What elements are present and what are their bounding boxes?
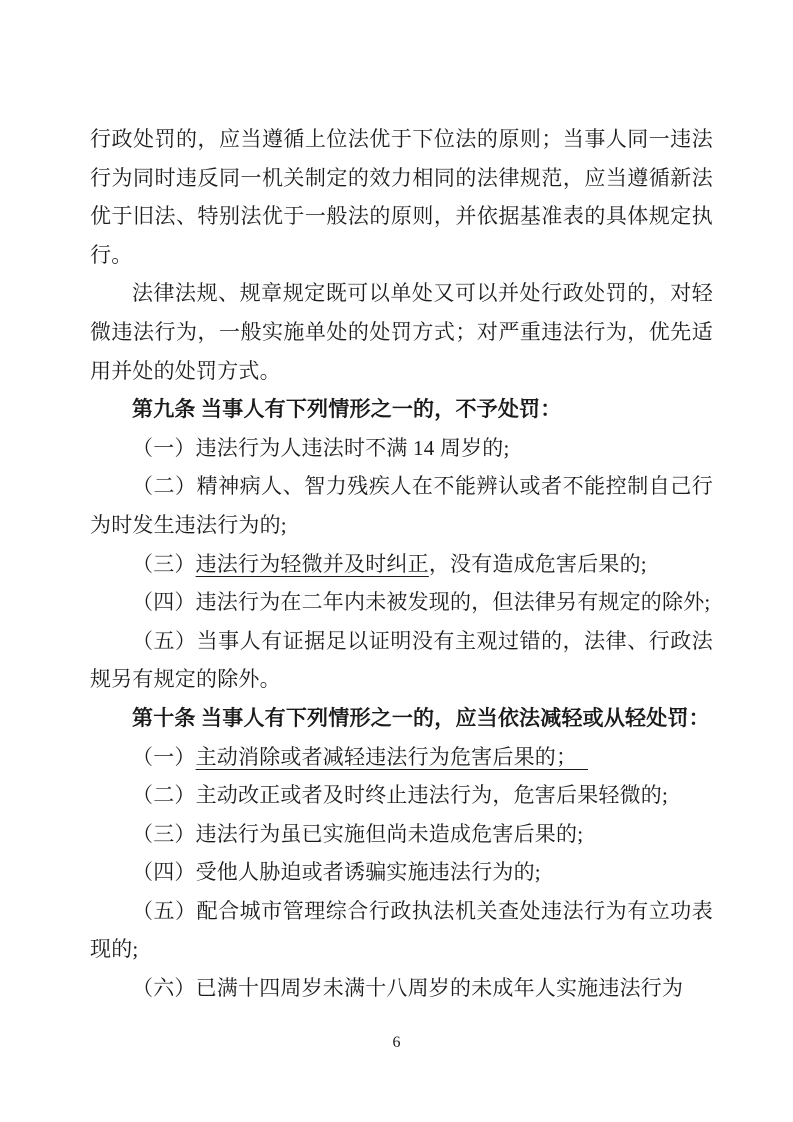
list-item: （五）配合城市管理综合行政执法机关查处违法行为有立功表现的; [90, 892, 713, 969]
list-item: （五）当事人有证据足以证明没有主观过错的，法律、行政法规另有规定的除外。 [90, 622, 713, 699]
list-item: （三）违法行为虽已实施但尚未造成危害后果的; [90, 815, 713, 854]
list-item: （二）主动改正或者及时终止违法行为，危害后果轻微的; [90, 776, 713, 815]
list-item: （六）已满十四周岁未满十八周岁的未成年人实施违法行为 [90, 969, 713, 1008]
page-number: 6 [393, 1034, 401, 1051]
text-segment: 法律法规、规章规定既可以单处又可以并处行政处罚的，对轻微违法行为，一般实施单处的… [90, 281, 713, 382]
text-segment: 第十条 当事人有下列情形之一的，应当依法减轻或从轻处罚： [132, 706, 710, 730]
list-item: （四）受他人胁迫或者诱骗实施违法行为的; [90, 853, 713, 892]
page-footer: 6 [0, 1034, 793, 1052]
text-segment: （二）精神病人、智力残疾人在不能辨认或者不能控制自己行为时发生违法行为的; [90, 474, 713, 537]
text-segment: （二）主动改正或者及时终止违法行为，危害后果轻微的; [132, 783, 668, 807]
underlined-text: 主动消除或者减轻违法行为危害后果的； [196, 745, 588, 769]
text-segment: （五）配合城市管理综合行政执法机关查处违法行为有立功表现的; [90, 899, 713, 962]
article-heading: 第十条 当事人有下列情形之一的，应当依法减轻或从轻处罚： [90, 699, 713, 738]
list-item: （一）违法行为人违法时不满 14 周岁的; [90, 429, 713, 468]
text-segment: （六）已满十四周岁未满十八周岁的未成年人实施违法行为 [132, 976, 683, 1000]
underlined-text: 违法行为轻微并及时纠正 [196, 552, 429, 576]
text-segment: （三）违法行为虽已实施但尚未造成危害后果的; [132, 822, 583, 846]
text-segment: （五）当事人有证据足以证明没有主观过错的，法律、行政法规另有规定的除外。 [90, 629, 713, 692]
text-segment: （三） [132, 552, 196, 576]
list-item: （四）违法行为在二年内未被发现的，但法律另有规定的除外; [90, 583, 713, 622]
text-segment: ，没有造成危害后果的; [429, 552, 647, 576]
article-heading: 第九条 当事人有下列情形之一的，不予处罚： [90, 390, 713, 429]
text-segment: （一） [132, 745, 196, 769]
list-item: （二）精神病人、智力残疾人在不能辨认或者不能控制自己行为时发生违法行为的; [90, 467, 713, 544]
text-segment: （一）违法行为人违法时不满 14 周岁的; [132, 436, 510, 460]
document-page: 行政处罚的，应当遵循上位法优于下位法的原则；当事人同一违法行为同时违反同一机关制… [0, 0, 793, 1122]
list-item: （三）违法行为轻微并及时纠正，没有造成危害后果的; [90, 545, 713, 584]
document-body: 行政处罚的，应当遵循上位法优于下位法的原则；当事人同一违法行为同时违反同一机关制… [90, 120, 713, 1008]
paragraph: 法律法规、规章规定既可以单处又可以并处行政处罚的，对轻微违法行为，一般实施单处的… [90, 274, 713, 390]
text-segment: 行政处罚的，应当遵循上位法优于下位法的原则；当事人同一违法行为同时违反同一机关制… [90, 127, 713, 267]
paragraph: 行政处罚的，应当遵循上位法优于下位法的原则；当事人同一违法行为同时违反同一机关制… [90, 120, 713, 274]
text-segment: 第九条 当事人有下列情形之一的，不予处罚： [132, 397, 561, 421]
text-segment: （四）受他人胁迫或者诱骗实施违法行为的; [132, 860, 541, 884]
list-item: （一）主动消除或者减轻违法行为危害后果的； [90, 738, 713, 777]
text-segment: （四）违法行为在二年内未被发现的，但法律另有规定的除外; [132, 590, 710, 614]
